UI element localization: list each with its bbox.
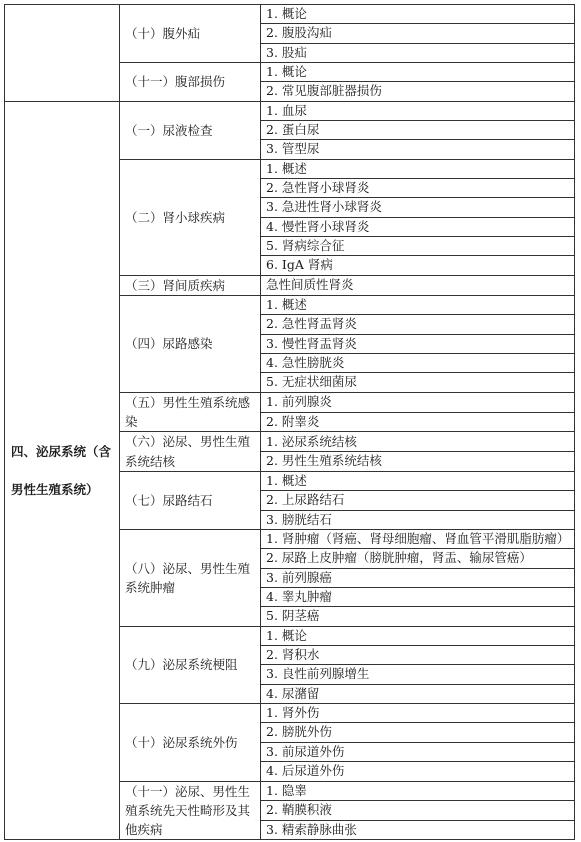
item-cell: 1. 概论 [261,63,575,82]
item-cell: 1. 血尿 [261,101,575,120]
item-cell: 2. 腹股沟疝 [261,24,575,43]
item-cell: 5. 阴茎癌 [261,607,575,626]
item-cell: 1. 概述 [261,296,575,315]
item-cell: 2. 附睾炎 [261,412,575,432]
item-cell: 2. 上尿路结石 [261,491,575,510]
item-cell: 1. 前列腺炎 [261,392,575,412]
item-cell: 4. 尿潴留 [261,684,575,703]
table-row: （十）腹外疝 1. 概论 [5,5,575,24]
item-cell: 3. 膀胱结石 [261,510,575,529]
item-cell: 3. 精索静脉曲张 [261,820,575,840]
item-cell: 1. 概述 [261,472,575,491]
item-cell: 5. 无症状细菌尿 [261,373,575,392]
item-cell: 4. 急性膀胱炎 [261,354,575,373]
item-cell: 2. 膀胱外伤 [261,723,575,742]
group-name: （三）肾间质疾病 [120,275,261,295]
item-cell: 1. 肾外伤 [261,704,575,723]
group-name: （二）肾小球疾病 [120,159,261,275]
table-row: 四、泌尿系统（含男性生殖系统） （一）尿液检查 1. 血尿 [5,101,575,120]
item-cell: 2. 蛋白尿 [261,121,575,140]
group-name: （四）尿路感染 [120,296,261,393]
group-name: （六）泌尿、男性生殖系统结核 [120,432,261,472]
group-name: （十一）泌尿、男性生殖系统先天性畸形及其他疾病 [120,781,261,840]
item-cell: 2. 鞘膜积液 [261,801,575,821]
section-title: 四、泌尿系统（含男性生殖系统） [5,101,120,840]
syllabus-table: （十）腹外疝 1. 概论 2. 腹股沟疝 3. 股疝 （十一）腹部损伤 1. 概… [4,4,575,840]
group-name: （九）泌尿系统梗阻 [120,626,261,703]
item-cell: 3. 前列腺癌 [261,568,575,587]
item-cell: 4. 后尿道外伤 [261,762,575,781]
item-cell: 1. 隐睾 [261,781,575,801]
item-cell: 2. 急性肾小球肾炎 [261,179,575,198]
item-cell: 3. 急进性肾小球肾炎 [261,198,575,217]
group-name: （七）尿路结石 [120,472,261,530]
group-name: （五）男性生殖系统感染 [120,392,261,432]
item-cell: 2. 急性肾盂肾炎 [261,315,575,334]
item-cell: 3. 慢性肾盂肾炎 [261,334,575,353]
item-cell: 4. 睾丸肿瘤 [261,588,575,607]
item-cell: 2. 尿路上皮肿瘤（膀胱肿瘤，肾盂、输尿管癌） [261,549,575,568]
item-cell: 6. IgA 肾病 [261,256,575,275]
item-cell: 2. 男性生殖系统结核 [261,452,575,472]
item-cell: 3. 管型尿 [261,140,575,159]
item-cell: 1. 概述 [261,159,575,178]
item-cell: 3. 前尿道外伤 [261,742,575,761]
item-cell: 2. 常见腹部脏器损伤 [261,82,575,101]
item-cell: 1. 泌尿系统结核 [261,432,575,452]
section-title [5,5,120,102]
item-cell: 急性间质性肾炎 [261,275,575,295]
group-name: （十）腹外疝 [120,5,261,63]
group-name: （十一）腹部损伤 [120,63,261,102]
item-cell: 1. 概论 [261,626,575,645]
group-name: （八）泌尿、男性生殖系统肿瘤 [120,530,261,627]
item-cell: 3. 良性前列腺增生 [261,665,575,684]
item-cell: 5. 肾病综合征 [261,237,575,256]
item-cell: 1. 肾肿瘤（肾癌、肾母细胞瘤、肾血管平滑肌脂肪瘤） [261,530,575,549]
item-cell: 4. 慢性肾小球肾炎 [261,217,575,236]
item-cell: 2. 肾积水 [261,646,575,665]
item-cell: 3. 股疝 [261,43,575,62]
group-name: （一）尿液检查 [120,101,261,159]
item-cell: 1. 概论 [261,5,575,24]
group-name: （十）泌尿系统外伤 [120,704,261,781]
